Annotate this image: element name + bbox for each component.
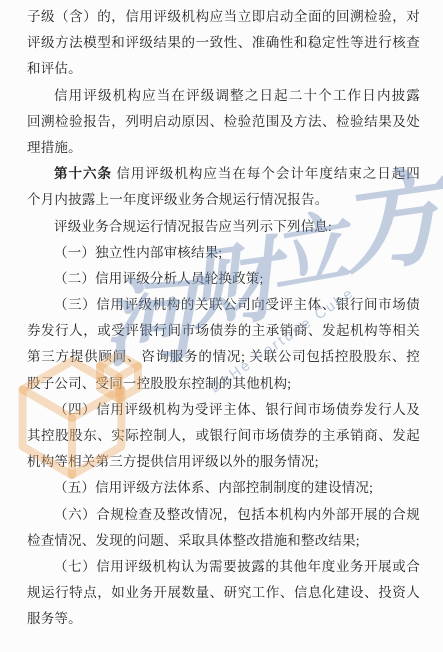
text-line: 检查情况、发现的问题、采取具体整改措施和整改结果; <box>27 528 420 554</box>
text-line: 回溯检验报告，列明启动原因、检验范围及方法、检验结果及处 <box>27 109 420 135</box>
text-line: （五）信用评级方法体系、内部控制制度的建设情况; <box>27 475 420 501</box>
text-line: 信用评级机构应当在评级调整之日起二十个工作日内披露 <box>27 83 420 109</box>
text-line: 个月内披露上一年度评级业务合规运行情况报告。 <box>27 187 420 213</box>
text-line: 第十六条 信用评级机构应当在每个会计年度结束之日起四 <box>27 161 420 187</box>
text-line: 券发行人，或受评银行间市场债券的主承销商、发起机构等相关 <box>27 318 420 344</box>
text-line: 子级（含）的，信用评级机构应当立即启动全面的回溯检验，对 <box>27 4 420 30</box>
text-line: （四）信用评级机构为受评主体、银行间市场债券发行人及 <box>27 397 420 423</box>
text-line: 和评估。 <box>27 56 420 82</box>
text-line: （三）信用评级机构的关联公司向受评主体、银行间市场债 <box>27 292 420 318</box>
text-line: （二）信用评级分析人员轮换政策; <box>27 266 420 292</box>
article-number: 第十六条 <box>54 166 112 181</box>
text-line: 评级方法模型和评级结果的一致性、准确性和稳定性等进行核查 <box>27 30 420 56</box>
text-line: 规运行特点，如业务开展数量、研究工作、信息化建设、投资人 <box>27 580 420 606</box>
text-line: （一）独立性内部审核结果; <box>27 240 420 266</box>
text-line: 其控股股东、实际控制人，或银行间市场债券的主承销商、发起 <box>27 423 420 449</box>
text-line: （七）信用评级机构认为需要披露的其他年度业务开展或合 <box>27 554 420 580</box>
text-line: 理措施。 <box>27 135 420 161</box>
text-line: 评级业务合规运行情况报告应当列示下列信息: <box>27 214 420 240</box>
text-line: 机构等相关第三方提供信用评级以外的服务情况; <box>27 449 420 475</box>
text-line: （六）合规检查及整改情况，包括本机构内外部开展的合规 <box>27 502 420 528</box>
text-line: 服务等。 <box>27 606 420 632</box>
document-body: 子级（含）的，信用评级机构应当立即启动全面的回溯检验，对评级方法模型和评级结果的… <box>0 0 443 633</box>
document-page: 子级（含）的，信用评级机构应当立即启动全面的回溯检验，对评级方法模型和评级结果的… <box>0 0 443 652</box>
text-line: 股子公司、受同一控股股东控制的其他机构; <box>27 371 420 397</box>
text-line: 第三方提供顾问、咨询服务的情况; 关联公司包括控股股东、控 <box>27 344 420 370</box>
